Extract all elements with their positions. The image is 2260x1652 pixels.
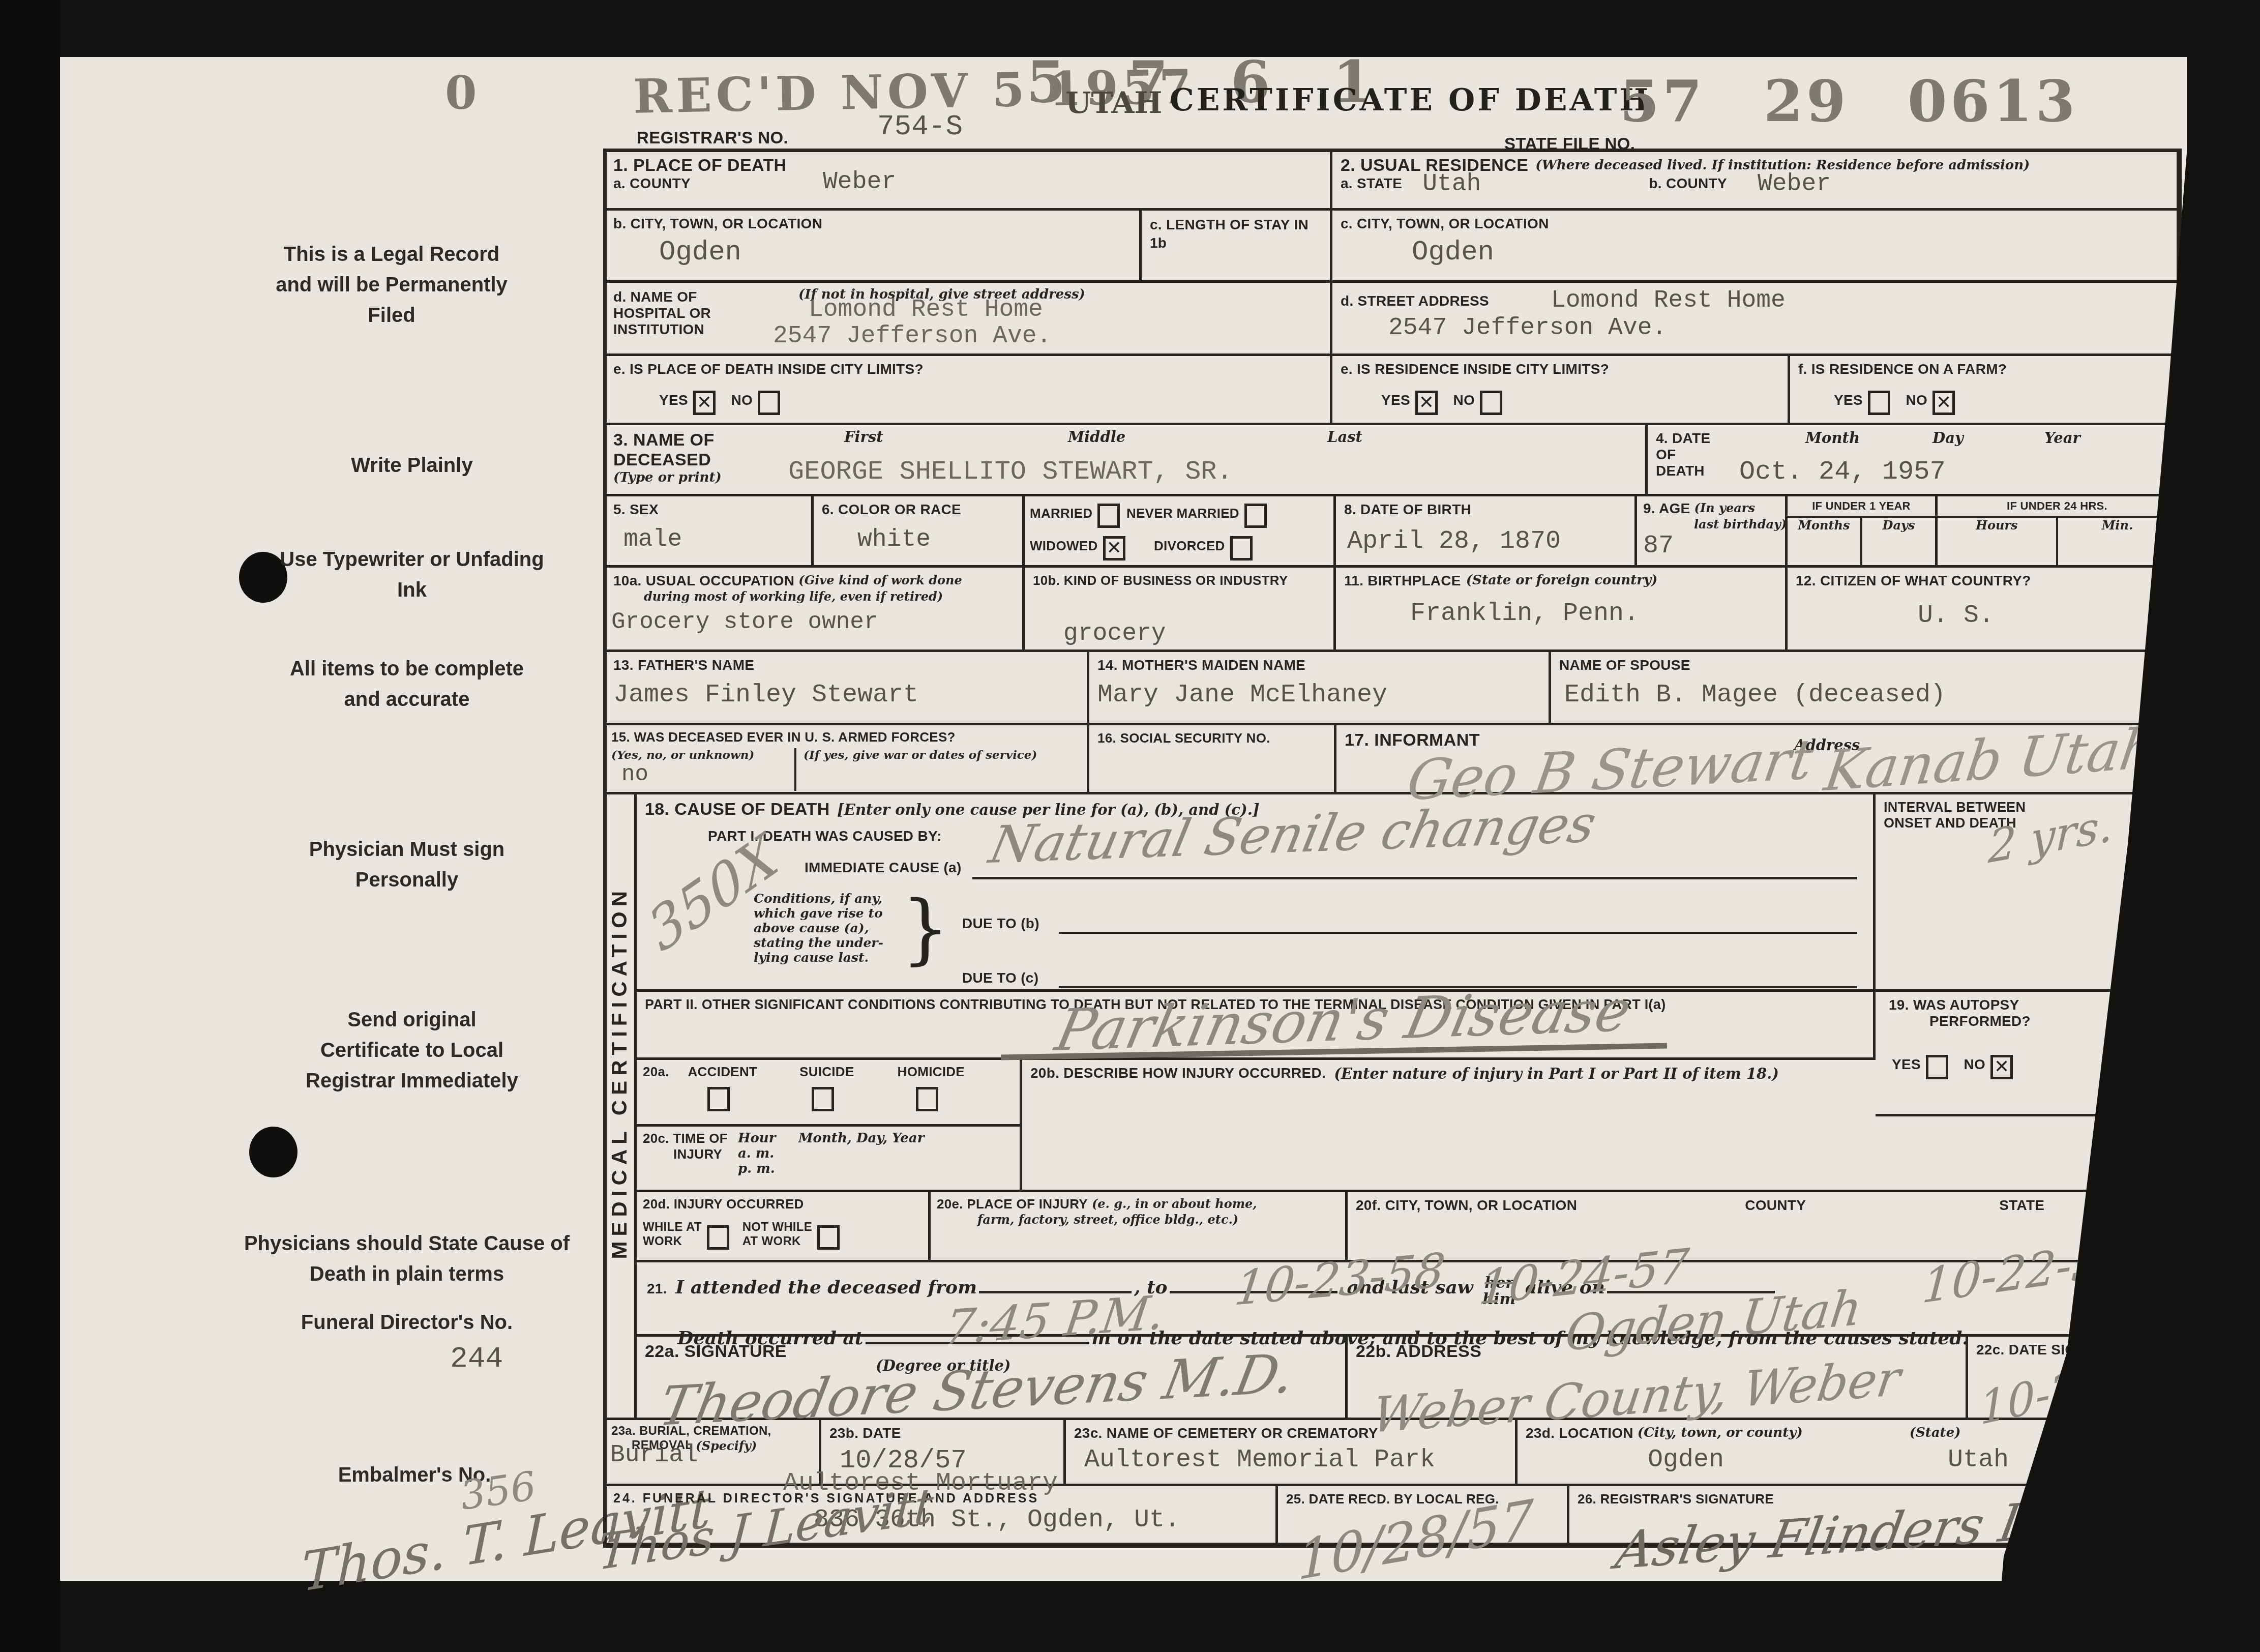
while-at-work-label-2: WORK	[643, 1234, 702, 1249]
mothers-name-label: 14. MOTHER'S MAIDEN NAME	[1097, 657, 1540, 673]
field-5-sex: 5. SEX male	[605, 496, 814, 568]
year-column-label: Year	[2044, 429, 2080, 447]
not-while-label-2: AT WORK	[742, 1234, 812, 1249]
am-label: a. m.	[738, 1146, 925, 1161]
field-name-of-spouse: NAME OF SPOUSE Edith B. Magee (deceased)	[1551, 652, 2179, 725]
conditions-brace: }	[901, 885, 949, 973]
field-8-date-of-birth: 8. DATE OF BIRTH April 28, 1870	[1336, 496, 1637, 568]
field-2d-street-address: d. STREET ADDRESS Lomond Rest Home 2547 …	[1332, 283, 2179, 356]
days-label: Days	[1883, 518, 1915, 533]
location-hint-1: (City, town, or county)	[1638, 1425, 1803, 1440]
street-address-label: d. STREET ADDRESS	[1341, 293, 1489, 309]
field-9-age: 9. AGE (In years last birthday) 87	[1637, 496, 1788, 568]
cemetery-value: Aultorest Memorial Park	[1084, 1445, 1507, 1474]
no-label: NO	[731, 392, 753, 408]
injury-city-label: 20f. CITY, TOWN, OR LOCATION	[1356, 1197, 1577, 1214]
hospital-label-2: HOSPITAL OR	[613, 305, 711, 321]
suicide-label: SUICIDE	[776, 1064, 878, 1080]
cause-of-death-title: 18. CAUSE OF DEATH	[645, 800, 830, 819]
under-24-hrs-label: IF UNDER 24 HRS.	[1938, 496, 2177, 518]
registrars-no-label: REGISTRAR'S NO.	[637, 128, 788, 147]
age-label: 9. AGE	[1643, 500, 1690, 517]
field-3-name-of-deceased: 3. NAME OF DECEASED (Type or print) Firs…	[605, 425, 1648, 496]
date-of-death-label-1: 4. DATE	[1656, 430, 1710, 447]
field-23c-cemetery: 23c. NAME OF CEMETERY OR CREMATORY Aulto…	[1066, 1420, 1518, 1486]
location-label: 23d. LOCATION	[1526, 1425, 1633, 1441]
first-column-label: First	[844, 428, 883, 446]
occupation-hint-2: during most of working life, even if ret…	[644, 589, 1014, 604]
citizen-label: 12. CITIZEN OF WHAT COUNTRY?	[1796, 573, 2168, 589]
birthplace-value: Franklin, Penn.	[1410, 599, 1777, 628]
city-label: b. CITY, TOWN, OR LOCATION	[613, 216, 1131, 232]
county-label: a. COUNTY	[613, 175, 691, 192]
checkbox-no	[758, 391, 780, 415]
field-10b-kind-of-business: 10b. KIND OF BUSINESS OR INDUSTRY grocer…	[1025, 568, 1336, 652]
under-1-year-label: IF UNDER 1 YEAR	[1788, 496, 1935, 518]
injury-occurred-label: 20d. INJURY OCCURRED	[643, 1196, 922, 1212]
city-value: Ogden	[659, 237, 1131, 268]
page-title: CERTIFICATE OF DEATH	[1170, 82, 1651, 118]
checkbox-suicide	[812, 1087, 834, 1111]
checkbox-yes-checked: ✕	[693, 391, 716, 415]
street-address-value-line2: 2547 Jefferson Ave.	[1388, 314, 1667, 342]
color-race-label: 6. COLOR OR RACE	[822, 501, 1014, 518]
x-mark: ✕	[1106, 537, 1121, 558]
state-label: a. STATE	[1341, 175, 1402, 192]
field-1e-city-limits: e. IS PLACE OF DEATH INSIDE CITY LIMITS?…	[605, 356, 1332, 425]
fathers-name-label: 13. FATHER'S NAME	[613, 657, 1079, 673]
field-11-birthplace: 11. BIRTHPLACE (State or foreign country…	[1336, 568, 1788, 652]
armed-forces-hint-2: (If yes, give war or dates of service)	[804, 748, 1068, 762]
margin-note-use-typewriter: Use Typewriter or Unfading Ink	[267, 544, 557, 605]
street-address-value-line1: Lomond Rest Home	[1551, 287, 1786, 314]
citizen-value: U. S.	[1918, 601, 2168, 630]
field-21-number: 21.	[647, 1281, 667, 1296]
residence-county-label: b. COUNTY	[1649, 175, 1727, 192]
burial-date-label: 23b. DATE	[829, 1425, 1055, 1441]
occupation-hint-1: (Give kind of work done	[798, 573, 962, 587]
color-race-value: white	[857, 526, 1014, 553]
x-mark: ✕	[1419, 392, 1434, 412]
interval-label-1: INTERVAL BETWEEN	[1884, 800, 2168, 815]
yes-label: YES	[659, 392, 688, 408]
conditions-line-2: which gave rise to	[754, 906, 883, 921]
date-of-birth-label: 8. DATE OF BIRTH	[1344, 501, 1626, 518]
field-6-color-or-race: 6. COLOR OR RACE white	[814, 496, 1025, 568]
state-value: Utah	[1422, 170, 1481, 198]
no-label: NO	[1453, 392, 1475, 408]
funeral-directors-no-label: Funeral Director's No.	[300, 1309, 514, 1336]
date-of-death-value: Oct. 24, 1957	[1739, 457, 1946, 487]
armed-forces-label: 15. WAS DECEASED EVER IN U. S. ARMED FOR…	[611, 729, 1081, 745]
field-9-if-under-1-year: IF UNDER 1 YEAR Months Days	[1788, 496, 1938, 568]
due-to-b-line	[1059, 910, 1857, 934]
checkbox-divorced	[1230, 536, 1253, 560]
homicide-label: HOMICIDE	[878, 1064, 985, 1080]
signature-label: 22a. SIGNATURE	[645, 1342, 787, 1361]
occupation-value: Grocery store owner	[611, 609, 1014, 635]
last-column-label: Last	[1327, 428, 1362, 446]
field-20b-describe-injury: 20b. DESCRIBE HOW INJURY OCCURRED. (Ente…	[1022, 1060, 2179, 1192]
x-mark: ✕	[697, 392, 712, 412]
medical-certification-label: MEDICAL CERTIFICATION	[607, 886, 632, 1259]
mothers-name-value: Mary Jane McElhaney	[1097, 681, 1540, 710]
field-4-date-of-death: 4. DATE OF DEATH Month Day Year Oct. 24,…	[1648, 425, 2179, 496]
registrars-no-value: 754-S	[877, 110, 963, 143]
hospital-value-line1: Lomond Rest Home	[809, 296, 1043, 323]
field-20a-accident-suicide-homicide: 20a. ACCIDENT SUICIDE HOMICIDE	[637, 1060, 1022, 1127]
month-column-label: Month	[1805, 429, 1860, 447]
spouse-value: Edith B. Magee (deceased)	[1564, 681, 2168, 710]
day-column-label: Day	[1932, 429, 1964, 447]
field-20d-injury-occurred: 20d. INJURY OCCURRED WHILE AT WORK NOT W…	[637, 1192, 931, 1262]
age-hint-2: last birthday)	[1694, 517, 1779, 532]
x-mark: ✕	[1936, 392, 1951, 412]
conditions-line-5: lying cause last.	[754, 950, 883, 965]
birthplace-hint: (State or foreign country)	[1466, 573, 1658, 588]
field-7-marital-status: MARRIED NEVER MARRIED WIDOWED✕ DIVORCED	[1025, 496, 1336, 568]
field-2f-residence-on-farm: f. IS RESIDENCE ON A FARM? YES NO✕	[1790, 356, 2179, 425]
months-label: Months	[1798, 518, 1850, 533]
place-of-injury-label: 20e. PLACE OF INJURY	[937, 1196, 1088, 1212]
armed-forces-value: no	[621, 762, 794, 787]
checkbox-while-at-work	[707, 1225, 729, 1250]
field-9-if-under-24-hrs: IF UNDER 24 HRS. Hours Min.	[1938, 496, 2179, 568]
residence-on-farm-label: f. IS RESIDENCE ON A FARM?	[1798, 361, 2168, 377]
deceased-name-value: GEORGE SHELLITO STEWART, SR.	[788, 457, 1233, 487]
field-2e-residence-city-limits: e. IS RESIDENCE INSIDE CITY LIMITS? YES✕…	[1332, 356, 1790, 425]
field-1-place-of-death-county: 1. PLACE OF DEATH a. COUNTY Weber	[605, 151, 1332, 211]
sex-value: male	[623, 526, 803, 553]
residence-county-value: Weber	[1758, 170, 1831, 198]
checkbox-married	[1097, 504, 1120, 528]
field-1b-city: b. CITY, TOWN, OR LOCATION Ogden	[605, 211, 1142, 283]
funeral-directors-no-value: 244	[450, 1343, 503, 1376]
month-day-year-label: Month, Day, Year	[798, 1131, 925, 1146]
occupation-label: 10a. USUAL OCCUPATION	[613, 573, 794, 589]
state-file-number-stamp: 57 29 0613	[1620, 68, 2078, 135]
spouse-label: NAME OF SPOUSE	[1559, 657, 2168, 673]
section-1-title: 1. PLACE OF DEATH	[613, 156, 1322, 175]
immediate-cause-label: IMMEDIATE CAUSE (a)	[805, 860, 962, 876]
field-10a-usual-occupation: 10a. USUAL OCCUPATION (Give kind of work…	[605, 568, 1025, 652]
yes-label: YES	[1834, 392, 1863, 408]
field-13-fathers-name: 13. FATHER'S NAME James Finley Stewart	[605, 652, 1089, 725]
sex-label: 5. SEX	[613, 501, 803, 518]
county-value: Weber	[823, 168, 896, 196]
length-of-stay-label: c. LENGTH OF STAY IN 1b	[1150, 216, 1322, 253]
checkbox-homicide	[916, 1087, 938, 1111]
social-security-label: 16. SOCIAL SECURITY NO.	[1097, 730, 1326, 746]
hospital-label-3: INSTITUTION	[613, 321, 711, 338]
date-of-death-label-2: OF	[1656, 447, 1710, 463]
conditions-line-3: above cause (a),	[754, 921, 883, 935]
deceased-label-1: 3. NAME OF	[613, 430, 722, 450]
deceased-label-2: DECEASED	[613, 450, 722, 470]
injury-county-label: COUNTY	[1745, 1197, 1806, 1214]
middle-column-label: Middle	[1068, 428, 1125, 446]
time-of-injury-label-2: INJURY	[673, 1146, 728, 1162]
location-state-value: Utah	[1948, 1445, 2009, 1474]
checkbox-no	[1480, 391, 1502, 415]
describe-injury-hint: (Enter nature of injury in Part I or Par…	[1334, 1065, 1779, 1082]
married-label: MARRIED	[1030, 506, 1092, 521]
ghost-zero-stamp: 0	[445, 66, 477, 120]
accident-label: ACCIDENT	[669, 1064, 776, 1080]
armed-forces-hint-1: (Yes, no, or unknown)	[611, 748, 794, 762]
yes-label: YES	[1381, 392, 1410, 408]
burial-value: Burial	[610, 1441, 698, 1469]
checkbox-never-married	[1244, 504, 1267, 528]
place-of-injury-hint-1: (e. g., in or about home,	[1092, 1196, 1257, 1211]
hours-label: Hours	[1976, 518, 2017, 533]
checkbox-no-checked: ✕	[1932, 391, 1955, 415]
field-14-mothers-maiden-name: 14. MOTHER'S MAIDEN NAME Mary Jane McElh…	[1089, 652, 1551, 725]
no-label: NO	[1906, 392, 1927, 408]
residence-city-label: c. CITY, TOWN, OR LOCATION	[1341, 216, 2168, 232]
pm-label: p. m.	[738, 1161, 925, 1176]
cemetery-label: 23c. NAME OF CEMETERY OR CREMATORY	[1074, 1425, 1507, 1441]
attended-text-1: I attended the deceased from	[675, 1277, 977, 1298]
field-1c-length-of-stay: c. LENGTH OF STAY IN 1b	[1142, 211, 1332, 283]
widowed-label: WIDOWED	[1030, 538, 1098, 553]
hospital-label-1: d. NAME OF	[613, 289, 711, 305]
deceased-label-3: (Type or print)	[613, 470, 722, 485]
place-city-limits-label: e. IS PLACE OF DEATH INSIDE CITY LIMITS?	[613, 361, 1322, 377]
field-20c-time-of-injury: 20c. TIME OF INJURY Hour Month, Day, Yea…	[637, 1127, 1022, 1192]
checkbox-yes-checked: ✕	[1415, 391, 1438, 415]
field-20e-place-of-injury: 20e. PLACE OF INJURY (e. g., in or about…	[931, 1192, 1348, 1262]
date-of-death-label-3: DEATH	[1656, 463, 1710, 479]
min-label: Min.	[2102, 518, 2133, 533]
birthplace-label: 11. BIRTHPLACE	[1344, 573, 1461, 589]
checkbox-yes	[1868, 391, 1890, 415]
business-value: grocery	[1063, 620, 1325, 647]
business-label: 10b. KIND OF BUSINESS OR INDUSTRY	[1033, 573, 1325, 588]
margin-note-legal-record: This is a Legal Record and will be Perma…	[275, 239, 509, 331]
injury-state-label: STATE	[1999, 1197, 2044, 1214]
checkbox-accident	[707, 1087, 730, 1111]
book-binding-edge	[0, 0, 60, 1652]
fathers-name-value: James Finley Stewart	[613, 681, 1079, 710]
field-12-citizen: 12. CITIZEN OF WHAT COUNTRY? U. S.	[1788, 568, 2179, 652]
residence-city-value: Ogden	[1412, 237, 2168, 268]
field-2c-residence-city: c. CITY, TOWN, OR LOCATION Ogden	[1332, 211, 2179, 283]
field-16-social-security: 16. SOCIAL SECURITY NO.	[1089, 725, 1336, 794]
burial-hint: (Specify)	[696, 1438, 757, 1453]
punch-hole-bottom	[249, 1127, 298, 1177]
age-hint-1: (In years	[1694, 500, 1755, 515]
divorced-label: DIVORCED	[1154, 538, 1225, 553]
date-of-birth-value: April 28, 1870	[1347, 527, 1626, 556]
margin-note-all-items: All items to be complete and accurate	[285, 654, 529, 715]
conditions-line-4: stating the under-	[754, 935, 883, 950]
describe-injury-label: 20b. DESCRIBE HOW INJURY OCCURRED.	[1030, 1065, 1326, 1081]
never-married-label: NEVER MARRIED	[1126, 506, 1239, 521]
location-hint-2: (State)	[1910, 1425, 1961, 1440]
field-2-usual-residence: 2. USUAL RESIDENCE (Where deceased lived…	[1332, 151, 2179, 211]
residence-city-limits-label: e. IS RESIDENCE INSIDE CITY LIMITS?	[1341, 361, 1779, 377]
checkbox-not-while-at-work	[817, 1225, 840, 1250]
medical-certification-column: MEDICAL CERTIFICATION	[605, 794, 637, 1420]
margin-note-plain-terms: Physicians should State Cause of Death i…	[239, 1228, 575, 1289]
certificate-paper: 0 REC'D NOV 5 1957 5 7 6 1 REGISTRAR'S N…	[60, 57, 2207, 1581]
location-city-value: Ogden	[1648, 1445, 1724, 1474]
due-to-c-label: DUE TO (c)	[962, 970, 1038, 986]
conditions-line-1: Conditions, if any,	[754, 891, 883, 906]
while-at-work-label-1: WHILE AT	[643, 1220, 702, 1234]
title-state: UTAH	[1065, 85, 1162, 120]
scanned-death-certificate: { "marks": {"x":"✕","brace":"}"}, "color…	[0, 0, 2260, 1652]
not-while-label-1: NOT WHILE	[742, 1220, 812, 1234]
time-of-injury-label-1: 20c. TIME OF	[643, 1131, 728, 1146]
due-to-b-label: DUE TO (b)	[962, 916, 1039, 932]
field-20a-number: 20a.	[643, 1064, 669, 1080]
margin-note-write-plainly: Write Plainly	[290, 450, 534, 481]
margin-note-send-original: Send original Certificate to Local Regis…	[305, 1005, 519, 1096]
margin-note-physician-sign: Physician Must sign Personally	[300, 834, 514, 895]
age-value: 87	[1643, 532, 1779, 560]
hour-label: Hour	[738, 1131, 776, 1146]
field-15-armed-forces: 15. WAS DECEASED EVER IN U. S. ARMED FOR…	[605, 725, 1089, 794]
burial-label-1: 23a. BURIAL, CREMATION,	[611, 1424, 813, 1438]
checkbox-widowed-checked: ✕	[1103, 536, 1125, 560]
hospital-value-line2: 2547 Jefferson Ave.	[773, 322, 1051, 350]
field-1d-hospital: d. NAME OF HOSPITAL OR INSTITUTION (If n…	[605, 283, 1332, 356]
place-of-injury-hint-2: farm, factory, street, office bldg., etc…	[977, 1212, 1339, 1227]
